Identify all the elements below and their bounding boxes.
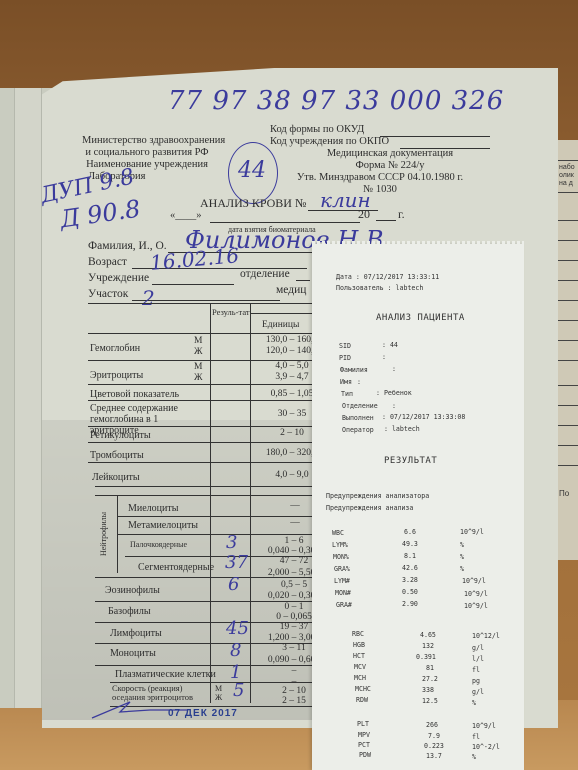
info-value: : 44 — [382, 341, 398, 349]
param-unit: % — [472, 699, 476, 707]
param-value: 8.1 — [404, 552, 416, 560]
info-key: SID — [339, 342, 351, 350]
info-value: : Ребенок — [376, 389, 412, 397]
info-key: Оператор — [342, 426, 374, 434]
param-name: MON# — [335, 589, 351, 597]
param-name: PDW — [359, 751, 371, 759]
neutrophils-group-label: Нейтрофилы — [98, 512, 110, 556]
param-name: LYM% — [332, 541, 348, 549]
result-eosinophils: 6 — [228, 574, 239, 595]
param-name: WBC — [332, 529, 344, 537]
param-unit: 10^9/l — [464, 590, 488, 598]
param-unit: g/l — [472, 644, 484, 652]
param-value: 49.3 — [402, 540, 418, 548]
param-value: 0.223 — [424, 742, 444, 750]
row-lymphocytes: Лимфоциты — [110, 628, 162, 640]
param-name: GRA# — [336, 601, 352, 609]
param-name: GRA% — [334, 565, 350, 573]
analyzer-printout: Дата : 07/12/2017 13:33:11 Пользователь … — [312, 244, 524, 770]
param-name: MCV — [354, 663, 366, 671]
info-key: Отделение — [342, 402, 378, 410]
row-segmented-neutrophils: Сегментоядерные — [138, 562, 214, 574]
handwritten-policy-number: 77 97 38 97 33 000 326 — [168, 86, 504, 116]
param-name: MCHC — [355, 685, 371, 693]
result-column-header: Резуль-тат — [212, 307, 248, 317]
param-value: 42.6 — [402, 564, 418, 572]
param-value: 266 — [426, 721, 438, 729]
row-reticulocytes: Ретикулоциты — [90, 430, 151, 442]
date-stamp: 07 ДЕК 2017 — [168, 708, 238, 719]
param-value: 4.65 — [420, 631, 436, 639]
sex-m: М — [194, 336, 202, 347]
param-value: 3.28 — [402, 576, 418, 584]
okud-label: Код формы по ОКУД — [270, 124, 364, 136]
param-unit: 10^9/l — [464, 602, 488, 610]
printout-user: Пользователь : labtech — [336, 284, 423, 292]
info-value: : — [357, 378, 361, 386]
units-column-header: Единицы — [262, 319, 299, 331]
row-plasma-cells: Плазматические клетки — [115, 669, 216, 681]
sex-f: Ж — [215, 692, 222, 703]
param-unit: % — [460, 541, 464, 549]
param-unit: g/l — [472, 688, 484, 696]
analyzer-warnings: Предупреждения анализатора — [326, 492, 429, 500]
info-value: : — [382, 353, 386, 361]
side-text-2: олик — [559, 172, 574, 180]
info-value: : — [392, 402, 396, 410]
param-unit: fl — [472, 733, 480, 741]
side-text-3: на д — [559, 180, 573, 188]
year-prefix: 20 — [358, 208, 370, 220]
param-name: HGB — [353, 641, 365, 649]
district-label: Участок — [88, 288, 128, 300]
ministry-line-1: Министерство здравоохранения — [82, 135, 212, 147]
row-band-neutrophils: Палочкоядерные — [130, 539, 187, 551]
side-booklet: набо олик на д По — [556, 140, 578, 560]
result-segmented-neutrophils: 37 — [225, 552, 248, 573]
param-value: 12.5 — [422, 697, 438, 705]
param-name: MCH — [354, 674, 366, 682]
param-name: MPV — [358, 731, 370, 739]
param-unit: 10^-2/l — [472, 743, 500, 751]
analysis-warnings: Предупреждения анализа — [326, 504, 413, 512]
district-number: 2 — [142, 286, 155, 310]
info-key: Выполнен — [342, 414, 374, 422]
row-myelocytes: Миелоциты — [128, 503, 178, 515]
info-value: : labtech — [384, 425, 420, 433]
info-value: : 07/12/2017 13:33:08 — [382, 413, 465, 421]
param-unit: 10^9/l — [462, 577, 486, 585]
approval-label: Утв. Минздравом СССР 04.10.1980 г. — [270, 172, 490, 184]
row-leukocytes: Лейкоциты — [92, 472, 140, 484]
param-name: PLT — [357, 720, 369, 728]
side-text-bottom: По — [559, 490, 569, 498]
result-band-neutrophils: 3 — [226, 532, 237, 553]
result-esr: 5 — [233, 680, 244, 701]
param-value: 27.2 — [422, 675, 438, 683]
sex-f: Ж — [194, 373, 203, 384]
form-number-label: Форма № 224/у — [290, 160, 490, 172]
row-hemoglobin: Гемоглобин — [90, 343, 140, 355]
param-value: 338 — [422, 686, 434, 694]
sex-f: Ж — [194, 347, 203, 358]
year-suffix: г. — [398, 208, 405, 220]
row-basophils: Базофилы — [108, 606, 151, 618]
printout-date: Дата : 07/12/2017 13:33:11 — [336, 273, 439, 281]
row-erythrocytes: Эритроциты — [90, 370, 143, 382]
info-key: Тип — [341, 390, 353, 398]
ministry-line-2: и социального развития РФ — [82, 147, 212, 159]
printout-title: АНАЛИЗ ПАЦИЕНТА — [376, 314, 465, 322]
param-value: 0.391 — [416, 653, 436, 661]
row-platelets: Тромбоциты — [90, 450, 144, 462]
medical-docs-label: Медицинская документация — [290, 148, 490, 160]
param-unit: % — [460, 553, 464, 561]
sex-m: М — [194, 362, 202, 373]
info-value: : — [392, 365, 396, 373]
param-name: HCT — [353, 652, 365, 660]
sample-number: 44 — [238, 158, 266, 183]
param-unit: 10^12/l — [472, 632, 500, 640]
param-name: LYM# — [334, 577, 350, 585]
result-lymphocytes: 45 — [226, 618, 249, 639]
institution-name-label: Наименование учреждения — [82, 159, 212, 171]
info-key: PID — [339, 354, 351, 362]
institution-label: Учреждение — [88, 272, 149, 284]
param-unit: fl — [472, 666, 480, 674]
param-name: PCT — [358, 741, 370, 749]
param-name: RBC — [352, 630, 364, 638]
param-unit: % — [460, 565, 464, 573]
info-key: Имя — [340, 378, 352, 386]
param-value: 81 — [426, 664, 434, 672]
side-text-1: набо — [559, 164, 575, 172]
row-eosinophils: Эозинофилы — [105, 585, 160, 597]
analysis-title: АНАЛИЗ КРОВИ № — [200, 197, 306, 209]
row-metamyelocytes: Метамиелоциты — [128, 520, 198, 532]
result-title: РЕЗУЛЬТАТ — [384, 457, 437, 465]
param-value: 0.50 — [402, 588, 418, 596]
param-value: 2.90 — [402, 600, 418, 608]
param-unit: % — [472, 753, 476, 761]
param-unit: l/l — [472, 655, 484, 663]
param-value: 6.6 — [404, 528, 416, 536]
param-name: MON% — [333, 553, 349, 561]
param-unit: pg — [472, 677, 480, 685]
info-key: Фамилия — [340, 366, 368, 374]
param-unit: 10^9/l — [472, 722, 496, 730]
date-quote: «____» — [170, 210, 202, 222]
param-name: RDW — [356, 696, 368, 704]
row-monocytes: Моноциты — [110, 648, 156, 660]
age-label: Возраст — [88, 256, 127, 268]
medic-label: медиц — [276, 284, 306, 296]
department-label: отделение — [240, 268, 290, 280]
param-value: 13.7 — [426, 752, 442, 760]
okpo-label: Код учреждения по ОКПО — [270, 136, 389, 148]
param-value: 7.9 — [428, 732, 440, 740]
param-unit: 10^9/l — [460, 528, 484, 536]
param-value: 132 — [422, 642, 434, 650]
result-monocytes: 8 — [230, 640, 241, 661]
